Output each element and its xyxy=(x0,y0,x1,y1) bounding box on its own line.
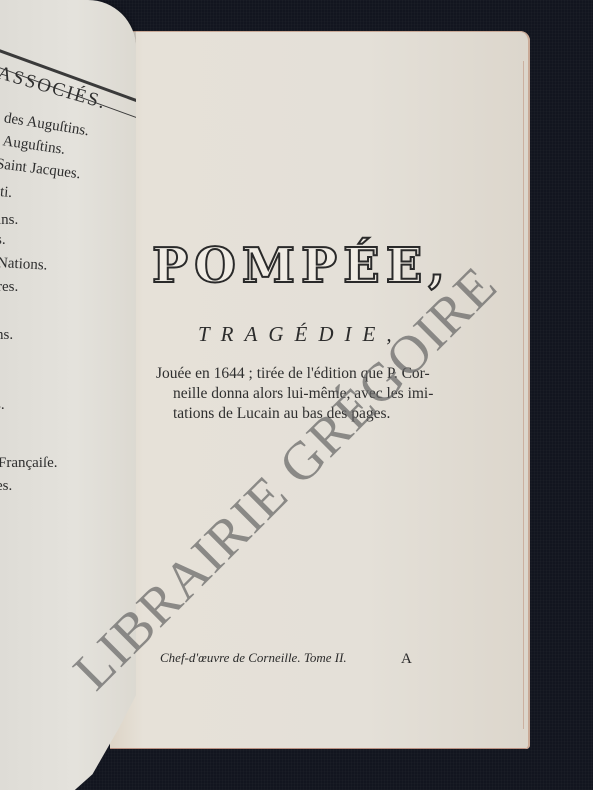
book-photo: ASSOCIÉS. des Auguſtins. s Auguſtins. Sa… xyxy=(0,0,593,790)
left-page-line: s Auguſtins. xyxy=(0,132,66,159)
left-page-line: ins. xyxy=(0,212,18,229)
left-page-line: s. xyxy=(0,397,5,414)
left-page-line: ti. xyxy=(0,184,13,202)
left-page-line: s. xyxy=(0,232,6,249)
running-footer: Chef-d'œuvre de Corneille. Tome II. xyxy=(160,650,347,666)
genre-subtitle: TRAGÉDIE, xyxy=(198,322,403,347)
left-page-line: Nations. xyxy=(0,255,48,275)
signature-mark: A xyxy=(401,651,412,668)
left-page-line: es. xyxy=(0,478,12,495)
left-page-line: ns. xyxy=(0,327,13,344)
left-page-line: Saint Jacques. xyxy=(0,156,81,183)
left-page-line: Françaiſe. xyxy=(0,455,58,472)
left-page-line: res. xyxy=(0,279,18,296)
